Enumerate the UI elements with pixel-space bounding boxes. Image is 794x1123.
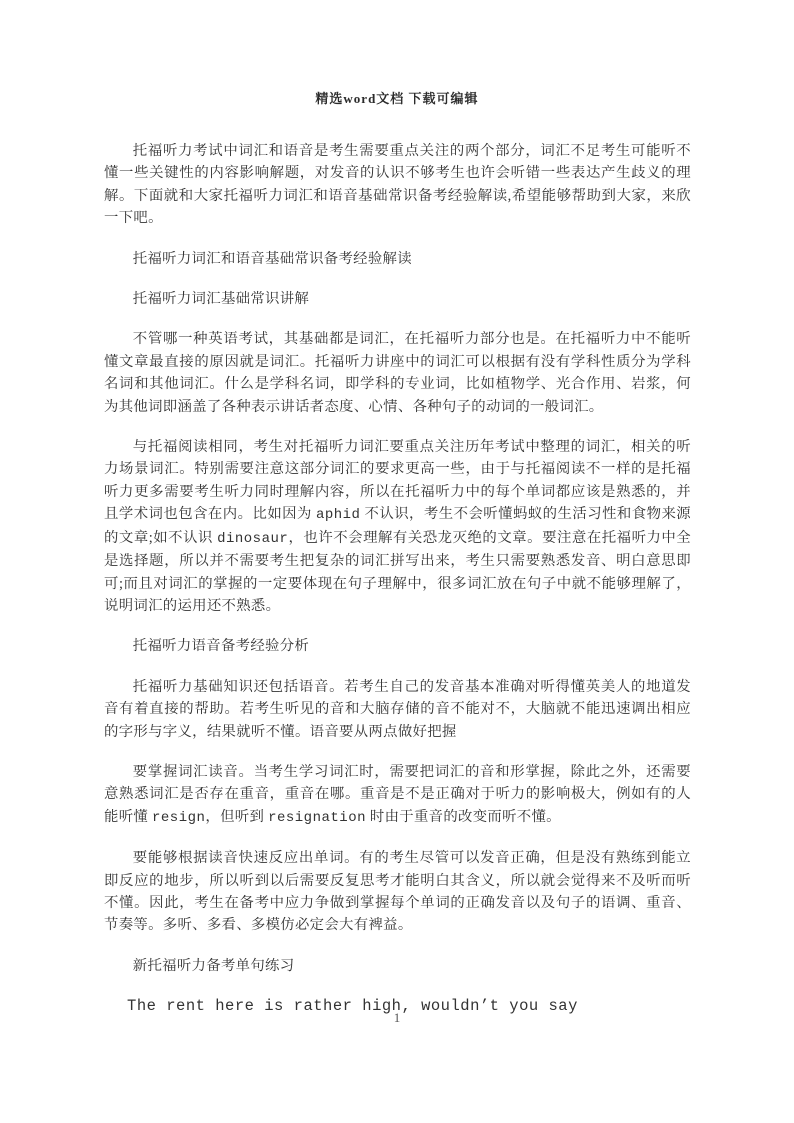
text-run: 时由于重音的改变而听不懂。 xyxy=(366,809,561,825)
text-run: 要能够根据读音快速反应出单词。有的考生尽管可以发音正确，但是没有熟练到能立即反应… xyxy=(104,850,691,933)
text-run: 托福听力考试中词汇和语音是考生需要重点关注的两个部分，词汇不足考生可能听不懂一些… xyxy=(104,143,691,226)
body-paragraph-stress: 要掌握词汇读音。当考生学习词汇时，需要把词汇的音和形掌握，除此之外，还需要意熟悉… xyxy=(104,761,691,829)
document-header-label: 精选word文档 下载可编辑 xyxy=(0,88,794,107)
document-body: 托福听力考试中词汇和语音是考生需要重点关注的两个部分，词汇不足考生可能听不懂一些… xyxy=(104,140,691,1036)
section-title-sentence-practice: 新托福听力备考单句练习 xyxy=(104,955,691,977)
english-term: aphid xyxy=(316,507,361,523)
text-run: ，但听到 xyxy=(205,809,268,825)
page-number: 1 xyxy=(0,1010,794,1026)
text-run: 不管哪一种英语考试，其基础都是词汇，在托福听力部分也是。在托福听力中不能听懂文章… xyxy=(104,331,691,414)
english-term: resignation xyxy=(268,810,366,826)
text-run: 托福听力语音备考经验分析 xyxy=(133,638,309,654)
body-paragraph-pronunciation-overview: 托福听力基础知识还包括语音。若考生自己的发音基本准确对听得懂英美人的地道发音有着… xyxy=(104,676,691,743)
section-title-vocab-and-pronunciation: 托福听力词汇和语音基础常识备考经验解读 xyxy=(104,248,691,270)
english-term: dinosaur xyxy=(217,531,288,547)
body-paragraph-quick-reaction: 要能够根据读音快速反应出单词。有的考生尽管可以发音正确，但是没有熟练到能立即反应… xyxy=(104,847,691,937)
text-run: 新托福听力备考单句练习 xyxy=(133,958,295,974)
intro-paragraph: 托福听力考试中词汇和语音是考生需要重点关注的两个部分，词汇不足考生可能听不懂一些… xyxy=(104,140,691,230)
text-run: 托福听力词汇基础常识讲解 xyxy=(133,291,309,307)
section-title-vocab-basics: 托福听力词汇基础常识讲解 xyxy=(104,288,691,310)
text-run: 托福听力词汇和语音基础常识备考经验解读 xyxy=(133,251,412,267)
text-run: 托福听力基础知识还包括语音。若考生自己的发音基本准确对听得懂英美人的地道发音有着… xyxy=(104,679,691,740)
english-term: resign xyxy=(152,810,205,826)
body-paragraph-vocab-overview: 不管哪一种英语考试，其基础都是词汇，在托福听力部分也是。在托福听力中不能听懂文章… xyxy=(104,328,691,418)
word-document-page: 精选word文档 下载可编辑 托福听力考试中词汇和语音是考生需要重点关注的两个部… xyxy=(0,0,794,1123)
body-paragraph-vocab-detail: 与托福阅读相同，考生对托福听力词汇要重点关注历年考试中整理的词汇，相关的听力场景… xyxy=(104,436,691,617)
section-title-pronunciation-analysis: 托福听力语音备考经验分析 xyxy=(104,635,691,657)
